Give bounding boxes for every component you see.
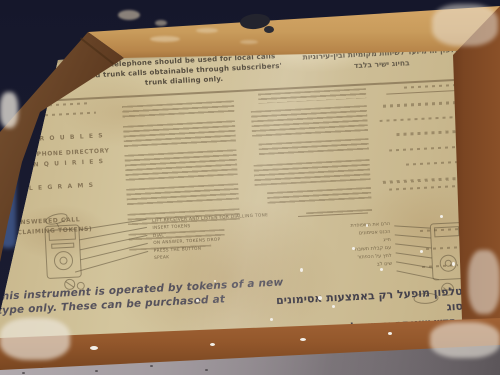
- floor-speck: [95, 370, 98, 372]
- paint-patch: [468, 250, 500, 314]
- paint-speck: [300, 268, 303, 272]
- floor-speck: [22, 372, 25, 374]
- paint-speck: [196, 299, 199, 302]
- photo-scene: This telephone should be used for local …: [0, 0, 500, 375]
- paint-patch: [430, 322, 500, 358]
- paint-scuff: [196, 28, 218, 33]
- paint-scuff: [150, 36, 180, 42]
- paint-speck: [318, 296, 322, 300]
- paint-speck: [332, 305, 335, 308]
- paint-patch: [0, 92, 18, 128]
- paint-speck: [300, 338, 306, 341]
- paint-speck: [90, 346, 98, 350]
- paint-speck: [388, 332, 392, 335]
- paint-speck: [352, 247, 355, 250]
- paint-patch: [0, 318, 70, 360]
- floor-speck: [205, 369, 208, 371]
- paint-speck: [452, 262, 455, 266]
- paint-speck: [270, 318, 273, 321]
- dark-blotch: [264, 26, 274, 33]
- paint-speck: [366, 224, 368, 227]
- floor-speck: [150, 365, 153, 367]
- paint-speck: [380, 268, 383, 271]
- paint-speck: [440, 215, 443, 218]
- paint-speck: [214, 280, 216, 282]
- paint-scuff: [118, 10, 140, 20]
- paint-patch: [432, 4, 498, 46]
- paint-speck: [420, 250, 423, 253]
- paint-scuff: [240, 40, 258, 44]
- paint-speck: [210, 343, 215, 346]
- paint-scuff: [155, 20, 167, 26]
